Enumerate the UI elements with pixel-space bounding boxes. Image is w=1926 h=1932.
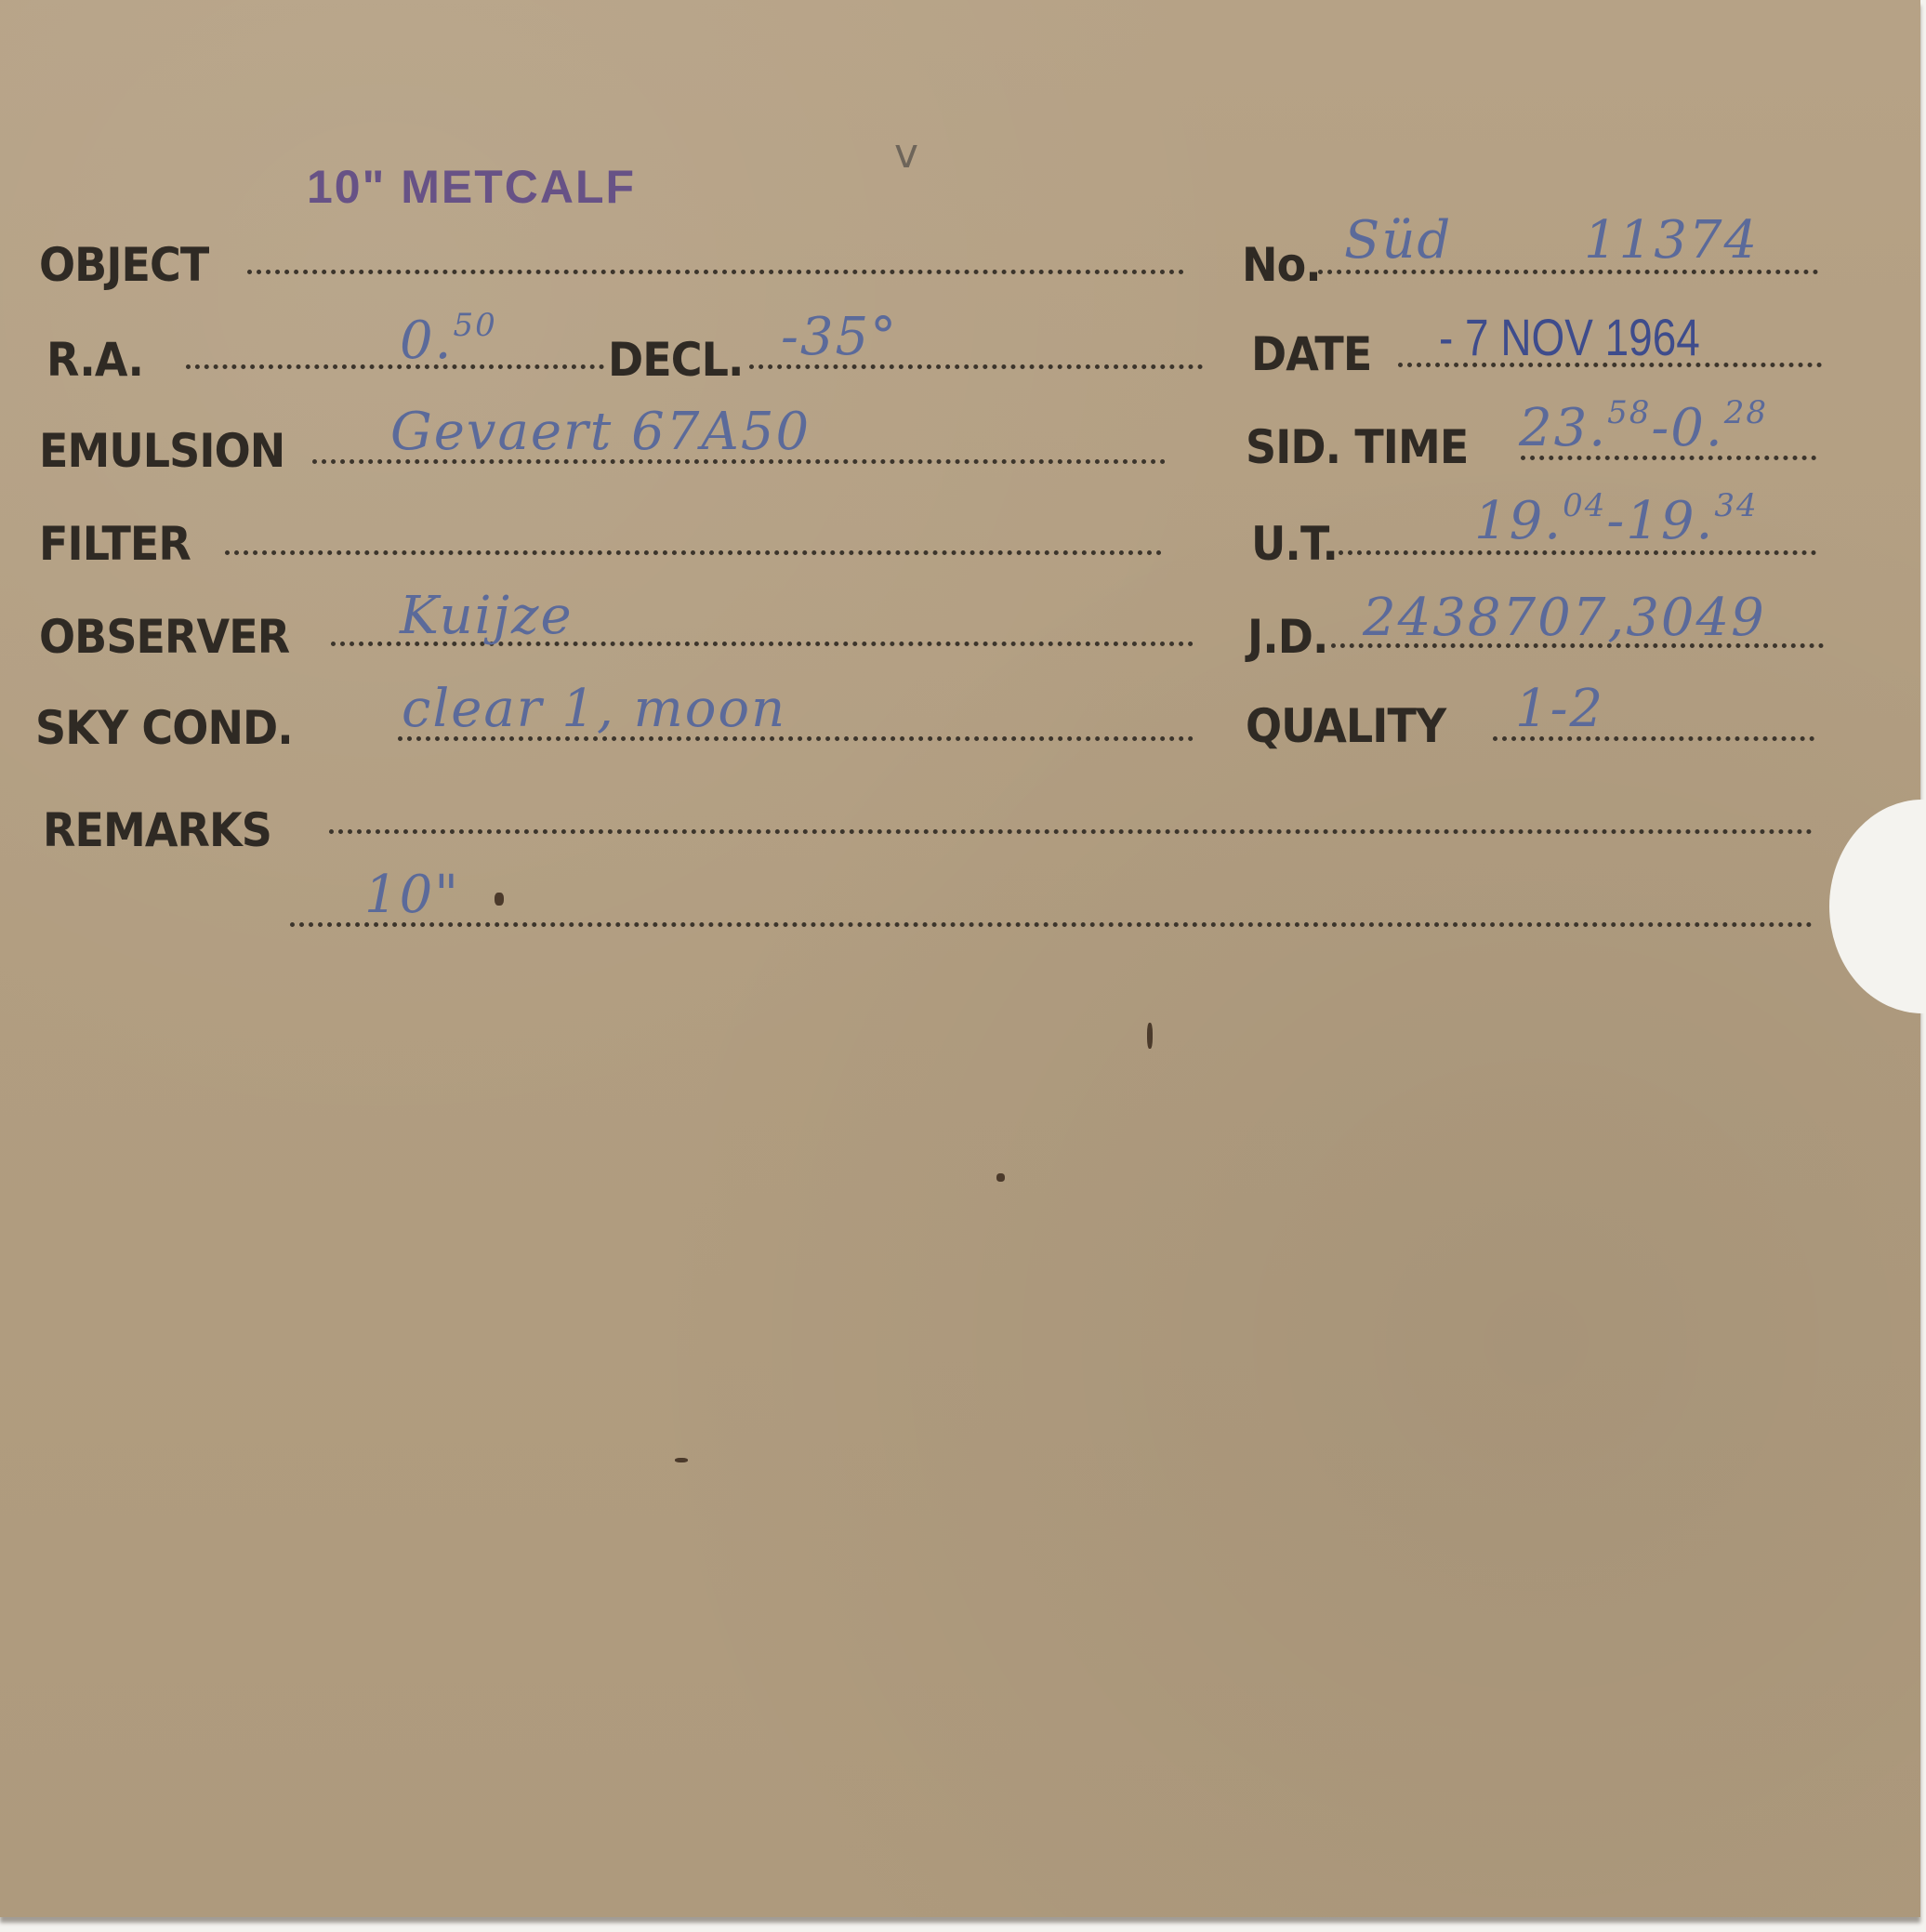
remarks-value: 10" <box>364 865 460 925</box>
label-object: OBJECT <box>39 238 208 292</box>
label-ra: R.A. <box>46 333 143 387</box>
emulsion-value: Gevaert 67A50 <box>390 402 811 462</box>
remarks-field-line-2[interactable] <box>290 922 1813 927</box>
number-value: 11374 <box>1584 210 1759 271</box>
label-quality: QUALITY <box>1246 699 1445 753</box>
label-ut: U.T. <box>1251 517 1338 571</box>
pencil-checkmark: v <box>894 130 918 178</box>
filter-field[interactable] <box>225 550 1162 555</box>
label-remarks: REMARKS <box>43 803 271 857</box>
label-jd: J.D. <box>1247 610 1328 664</box>
label-date: DATE <box>1251 327 1371 381</box>
plate-envelope: 10" METCALF v OBJECT R.A. 0.50 DECL. -35… <box>0 0 1920 1917</box>
label-sky-cond: SKY COND. <box>35 701 293 755</box>
quality-value: 1-2 <box>1515 679 1604 739</box>
date-stamp: - 7 NOV 1964 <box>1439 307 1700 367</box>
ra-field[interactable] <box>186 364 604 369</box>
paper-blemish <box>1147 1023 1153 1049</box>
label-filter: FILTER <box>39 517 191 571</box>
object-field[interactable] <box>247 270 1184 274</box>
sky-cond-value: clear 1, moon <box>402 679 786 739</box>
paper-blemish <box>675 1458 688 1462</box>
ut-value: 19.04-19.34 <box>1474 487 1759 551</box>
paper-blemish <box>996 1173 1005 1182</box>
number-prefix: Süd <box>1344 210 1452 271</box>
label-sid-time: SID. TIME <box>1246 420 1468 474</box>
remarks-field-line-1[interactable] <box>329 829 1813 834</box>
jd-value: 2438707,3049 <box>1363 588 1766 648</box>
ra-value: 0.50 <box>400 307 497 371</box>
label-decl: DECL. <box>608 333 744 387</box>
label-observer: OBSERVER <box>39 610 289 664</box>
sid-time-value: 23.58-0.28 <box>1519 394 1768 458</box>
observer-value: Kuijze <box>400 586 574 646</box>
decl-value: -35° <box>781 307 898 367</box>
label-emulsion: EMULSION <box>39 424 284 478</box>
paper-blemish <box>495 893 504 906</box>
telescope-stamp: 10" METCALF <box>307 160 636 214</box>
label-number: No. <box>1242 238 1321 292</box>
